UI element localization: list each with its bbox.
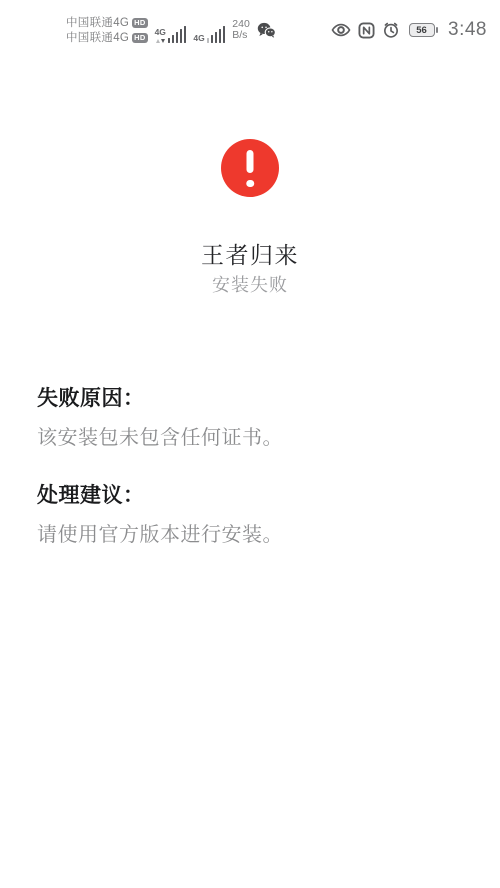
- failure-reason-text: 该安装包未包含任何证书。: [37, 425, 472, 452]
- failure-details: 失败原因： 该安装包未包含任何证书。 处理建议： 请使用官方版本进行安装。: [37, 386, 472, 549]
- error-exclamation-icon: [221, 139, 279, 197]
- alarm-clock-icon: [382, 21, 400, 39]
- app-name: 王者归来: [0, 237, 500, 270]
- signal-sim1: 4G: [155, 17, 187, 43]
- network-speed: 240 B/s: [232, 19, 250, 41]
- status-bar-right: 56 3:48: [331, 19, 487, 41]
- carrier-block: 中国联通4G HD 中国联通4G HD: [66, 17, 148, 44]
- eye-comfort-icon: [331, 20, 351, 40]
- installer-failure-screen: 中国联通4G HD 中国联通4G HD 4G: [0, 0, 500, 888]
- network-type-sim1: 4G: [155, 28, 166, 37]
- status-bar: 中国联通4G HD 中国联通4G HD 4G: [0, 0, 500, 58]
- network-speed-unit: B/s: [232, 30, 250, 41]
- wechat-notification-icon: [257, 22, 276, 38]
- signal-bars-sim1-icon: [168, 26, 187, 43]
- signal-bars-sim2-icon: [207, 26, 226, 43]
- advice-text: 请使用官方版本进行安装。: [37, 522, 472, 549]
- network-type-sim2: 4G: [193, 34, 204, 43]
- carrier-name-sim1: 中国联通4G: [66, 17, 129, 29]
- carrier-row-sim1: 中国联通4G HD: [66, 17, 148, 29]
- battery-percent: 56: [409, 23, 435, 37]
- data-activity-icon: [156, 38, 165, 43]
- nfc-icon: [358, 22, 375, 39]
- failure-reason-label: 失败原因：: [37, 386, 472, 412]
- signal-sim2: 4G: [193, 17, 225, 43]
- carrier-row-sim2: 中国联通4G HD: [66, 32, 148, 44]
- volte-hd-icon: HD: [132, 18, 147, 28]
- volte-hd-icon: HD: [132, 33, 147, 43]
- carrier-name-sim2: 中国联通4G: [66, 32, 129, 44]
- clock-time: 3:48: [448, 19, 487, 41]
- signal-sim2-meta: 4G: [193, 34, 204, 43]
- advice-label: 处理建议：: [37, 483, 472, 509]
- status-bar-left: 中国联通4G HD 中国联通4G HD 4G: [66, 17, 276, 44]
- install-status-text: 安装失败: [0, 271, 500, 297]
- battery-icon: 56: [409, 23, 439, 37]
- signal-sim1-meta: 4G: [155, 28, 166, 43]
